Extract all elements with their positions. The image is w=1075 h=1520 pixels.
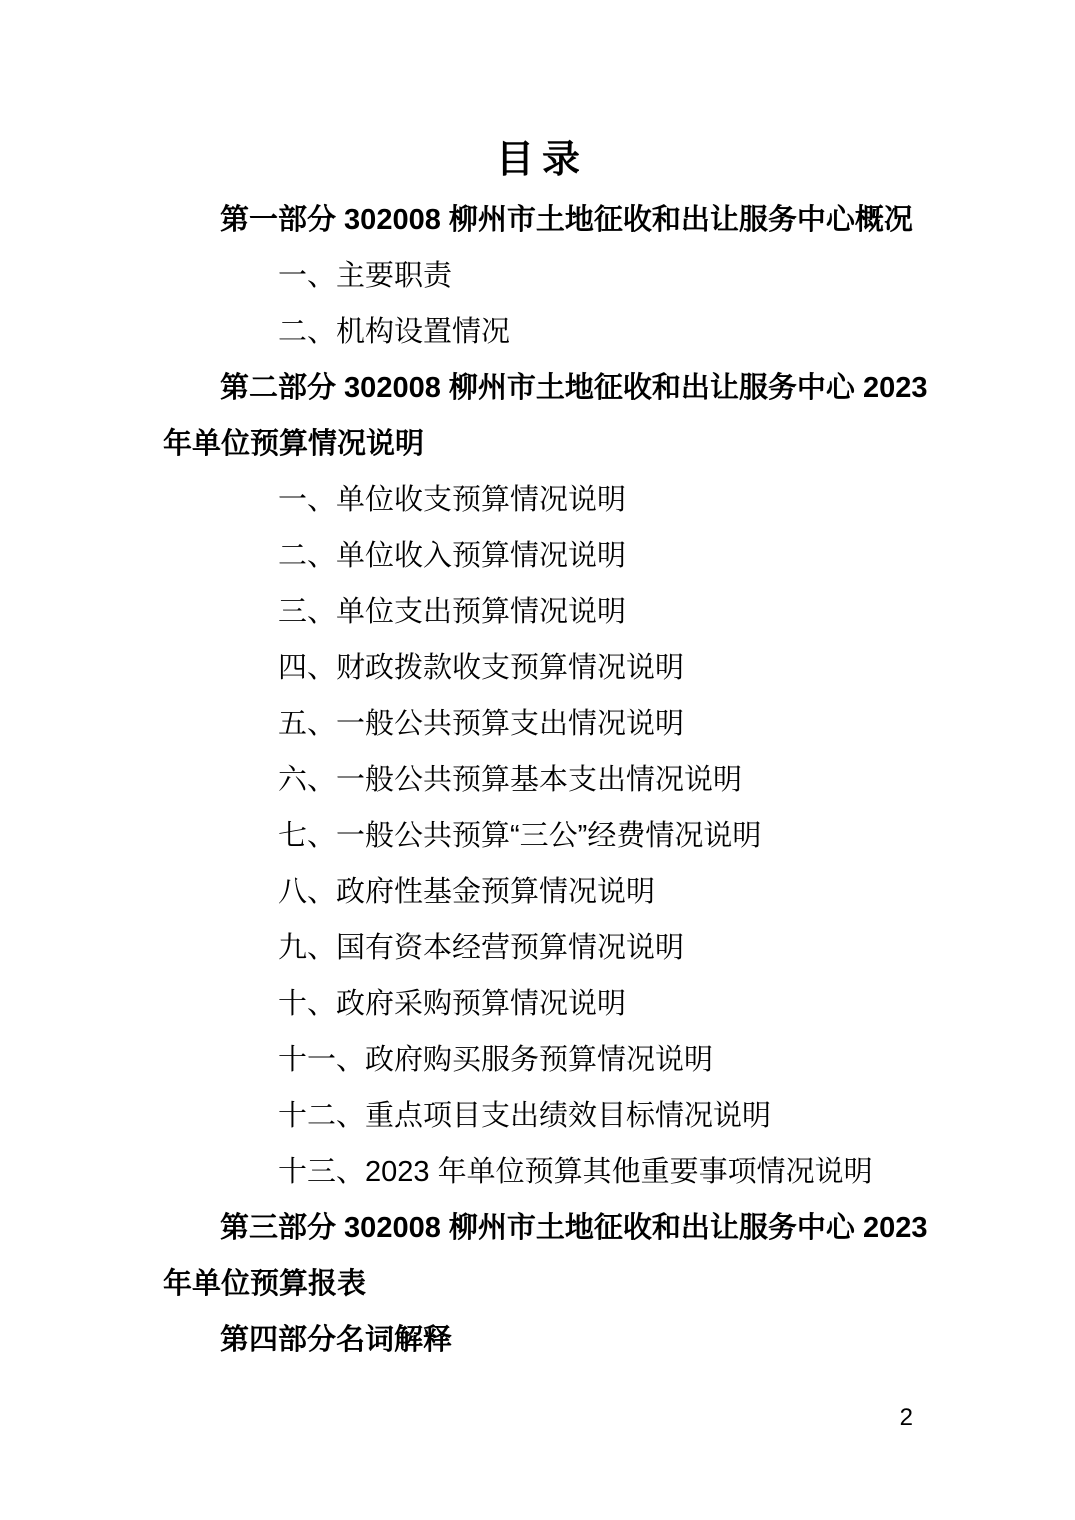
toc-line-item: 三、单位支出预算情况说明: [163, 584, 913, 640]
page-title: 目录: [163, 128, 913, 192]
toc-line-item: 二、单位收入预算情况说明: [163, 528, 913, 584]
toc-line-continuation: 年单位预算情况说明: [163, 416, 913, 472]
toc-line-item: 四、财政拨款收支预算情况说明: [163, 640, 913, 696]
toc-line-heading: 第三部分 302008 柳州市土地征收和出让服务中心 2023: [163, 1200, 913, 1256]
toc-line-item: 十三、2023 年单位预算其他重要事项情况说明: [163, 1144, 913, 1200]
page-number: 2: [900, 1404, 913, 1432]
toc-content: 目录 第一部分 302008 柳州市土地征收和出让服务中心概况一、主要职责二、机…: [163, 128, 913, 1368]
toc-line-item: 七、一般公共预算“三公”经费情况说明: [163, 808, 913, 864]
toc-line-heading: 第一部分 302008 柳州市土地征收和出让服务中心概况: [163, 192, 913, 248]
toc-line-continuation: 年单位预算报表: [163, 1256, 913, 1312]
document-page: 目录 第一部分 302008 柳州市土地征收和出让服务中心概况一、主要职责二、机…: [0, 0, 1075, 1520]
toc-line-item: 一、单位收支预算情况说明: [163, 472, 913, 528]
toc-line-item: 九、国有资本经营预算情况说明: [163, 920, 913, 976]
toc-line-item: 十二、重点项目支出绩效目标情况说明: [163, 1088, 913, 1144]
toc-line-item: 五、一般公共预算支出情况说明: [163, 696, 913, 752]
toc-line-item: 六、一般公共预算基本支出情况说明: [163, 752, 913, 808]
toc-list: 第一部分 302008 柳州市土地征收和出让服务中心概况一、主要职责二、机构设置…: [163, 192, 913, 1368]
toc-line-heading: 第二部分 302008 柳州市土地征收和出让服务中心 2023: [163, 360, 913, 416]
toc-line-item: 二、机构设置情况: [163, 304, 913, 360]
toc-line-item: 八、政府性基金预算情况说明: [163, 864, 913, 920]
toc-line-item: 十、政府采购预算情况说明: [163, 976, 913, 1032]
toc-line-item: 十一、政府购买服务预算情况说明: [163, 1032, 913, 1088]
toc-line-item: 一、主要职责: [163, 248, 913, 304]
toc-line-heading: 第四部分名词解释: [163, 1312, 913, 1368]
